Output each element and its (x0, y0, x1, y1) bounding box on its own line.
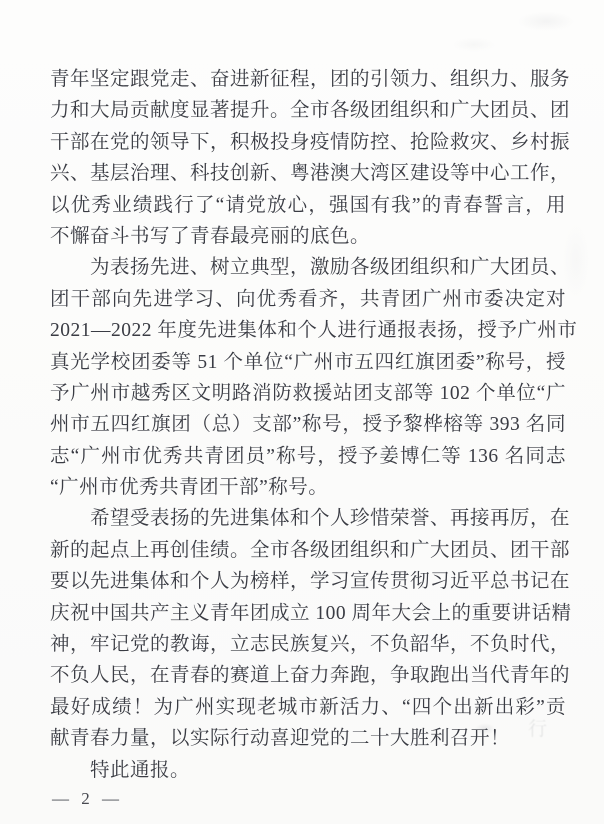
document-line: 干部在党的领导下，积极投身疫情防控、抢险救灾、乡村振 (50, 127, 566, 158)
document-line: 特此通报。 (50, 755, 566, 786)
document-line: 以优秀业绩践行了“请党放心，强国有我”的青春誓言，用 (50, 190, 566, 221)
document-line: 献青春力量，以实际行动喜迎党的二十大胜利召开！ (50, 723, 566, 754)
document-line: 不负人民，在青春的赛道上奋力奔跑，争取跑出当代青年的 (50, 660, 566, 691)
document-line: 志“广州市优秀共青团员”称号，授予姜博仁等 136 名同志 (50, 441, 566, 472)
document-line: 兴、基层治理、科技创新、粤港澳大湾区建设等中心工作， (50, 158, 566, 189)
document-line: 青年坚定跟党走、奋进新征程，团的引领力、组织力、服务 (50, 64, 566, 95)
document-line: 希望受表扬的先进集体和个人珍惜荣誉、再接再厉，在 (50, 503, 566, 534)
document-line: “广州市优秀共青团干部”称号。 (50, 472, 566, 503)
document-line: 神，牢记党的教诲，立志民族复兴，不负韶华，不负时代， (50, 629, 566, 660)
document-line: 团干部向先进学习、向优秀看齐，共青团广州市委决定对 (50, 284, 566, 315)
page-number: — 2 — (52, 789, 123, 809)
document-line: 州市五四红旗团（总）支部”称号，授予黎桦榕等 393 名同 (50, 409, 566, 440)
document-line: 为表扬先进、树立典型，激励各级团组织和广大团员、 (50, 252, 566, 283)
document-line: 庆祝中国共产主义青年团成立 100 周年大会上的重要讲话精 (50, 598, 566, 629)
document-line: 要以先进集体和个人为榜样，学习宣传贯彻习近平总书记在 (50, 566, 566, 597)
document-line: 最好成绩！为广州实现老城市新活力、“四个出新出彩”贡 (50, 692, 566, 723)
document-line: 真光学校团委等 51 个单位“广州市五四红旗团委”称号，授 (50, 347, 566, 378)
document-page: 青年坚定跟党走、奋进新征程，团的引领力、组织力、服务力和大局贡献度显著提升。全市… (0, 0, 604, 824)
document-line: 新的起点上再创佳绩。全市各级团组织和广大团员、团干部 (50, 535, 566, 566)
document-line: 力和大局贡献度显著提升。全市各级团组织和广大团员、团 (50, 95, 566, 126)
document-line: 不懈奋斗书写了青春最亮丽的底色。 (50, 221, 566, 252)
document-body: 青年坚定跟党走、奋进新征程，团的引领力、组织力、服务力和大局贡献度显著提升。全市… (50, 64, 566, 786)
document-line: 予广州市越秀区文明路消防救援站团支部等 102 个单位“广 (50, 378, 566, 409)
scan-smudge-top-right (420, 4, 600, 62)
document-line: 2021—2022 年度先进集体和个人进行通报表扬，授予广州市 (50, 315, 566, 346)
